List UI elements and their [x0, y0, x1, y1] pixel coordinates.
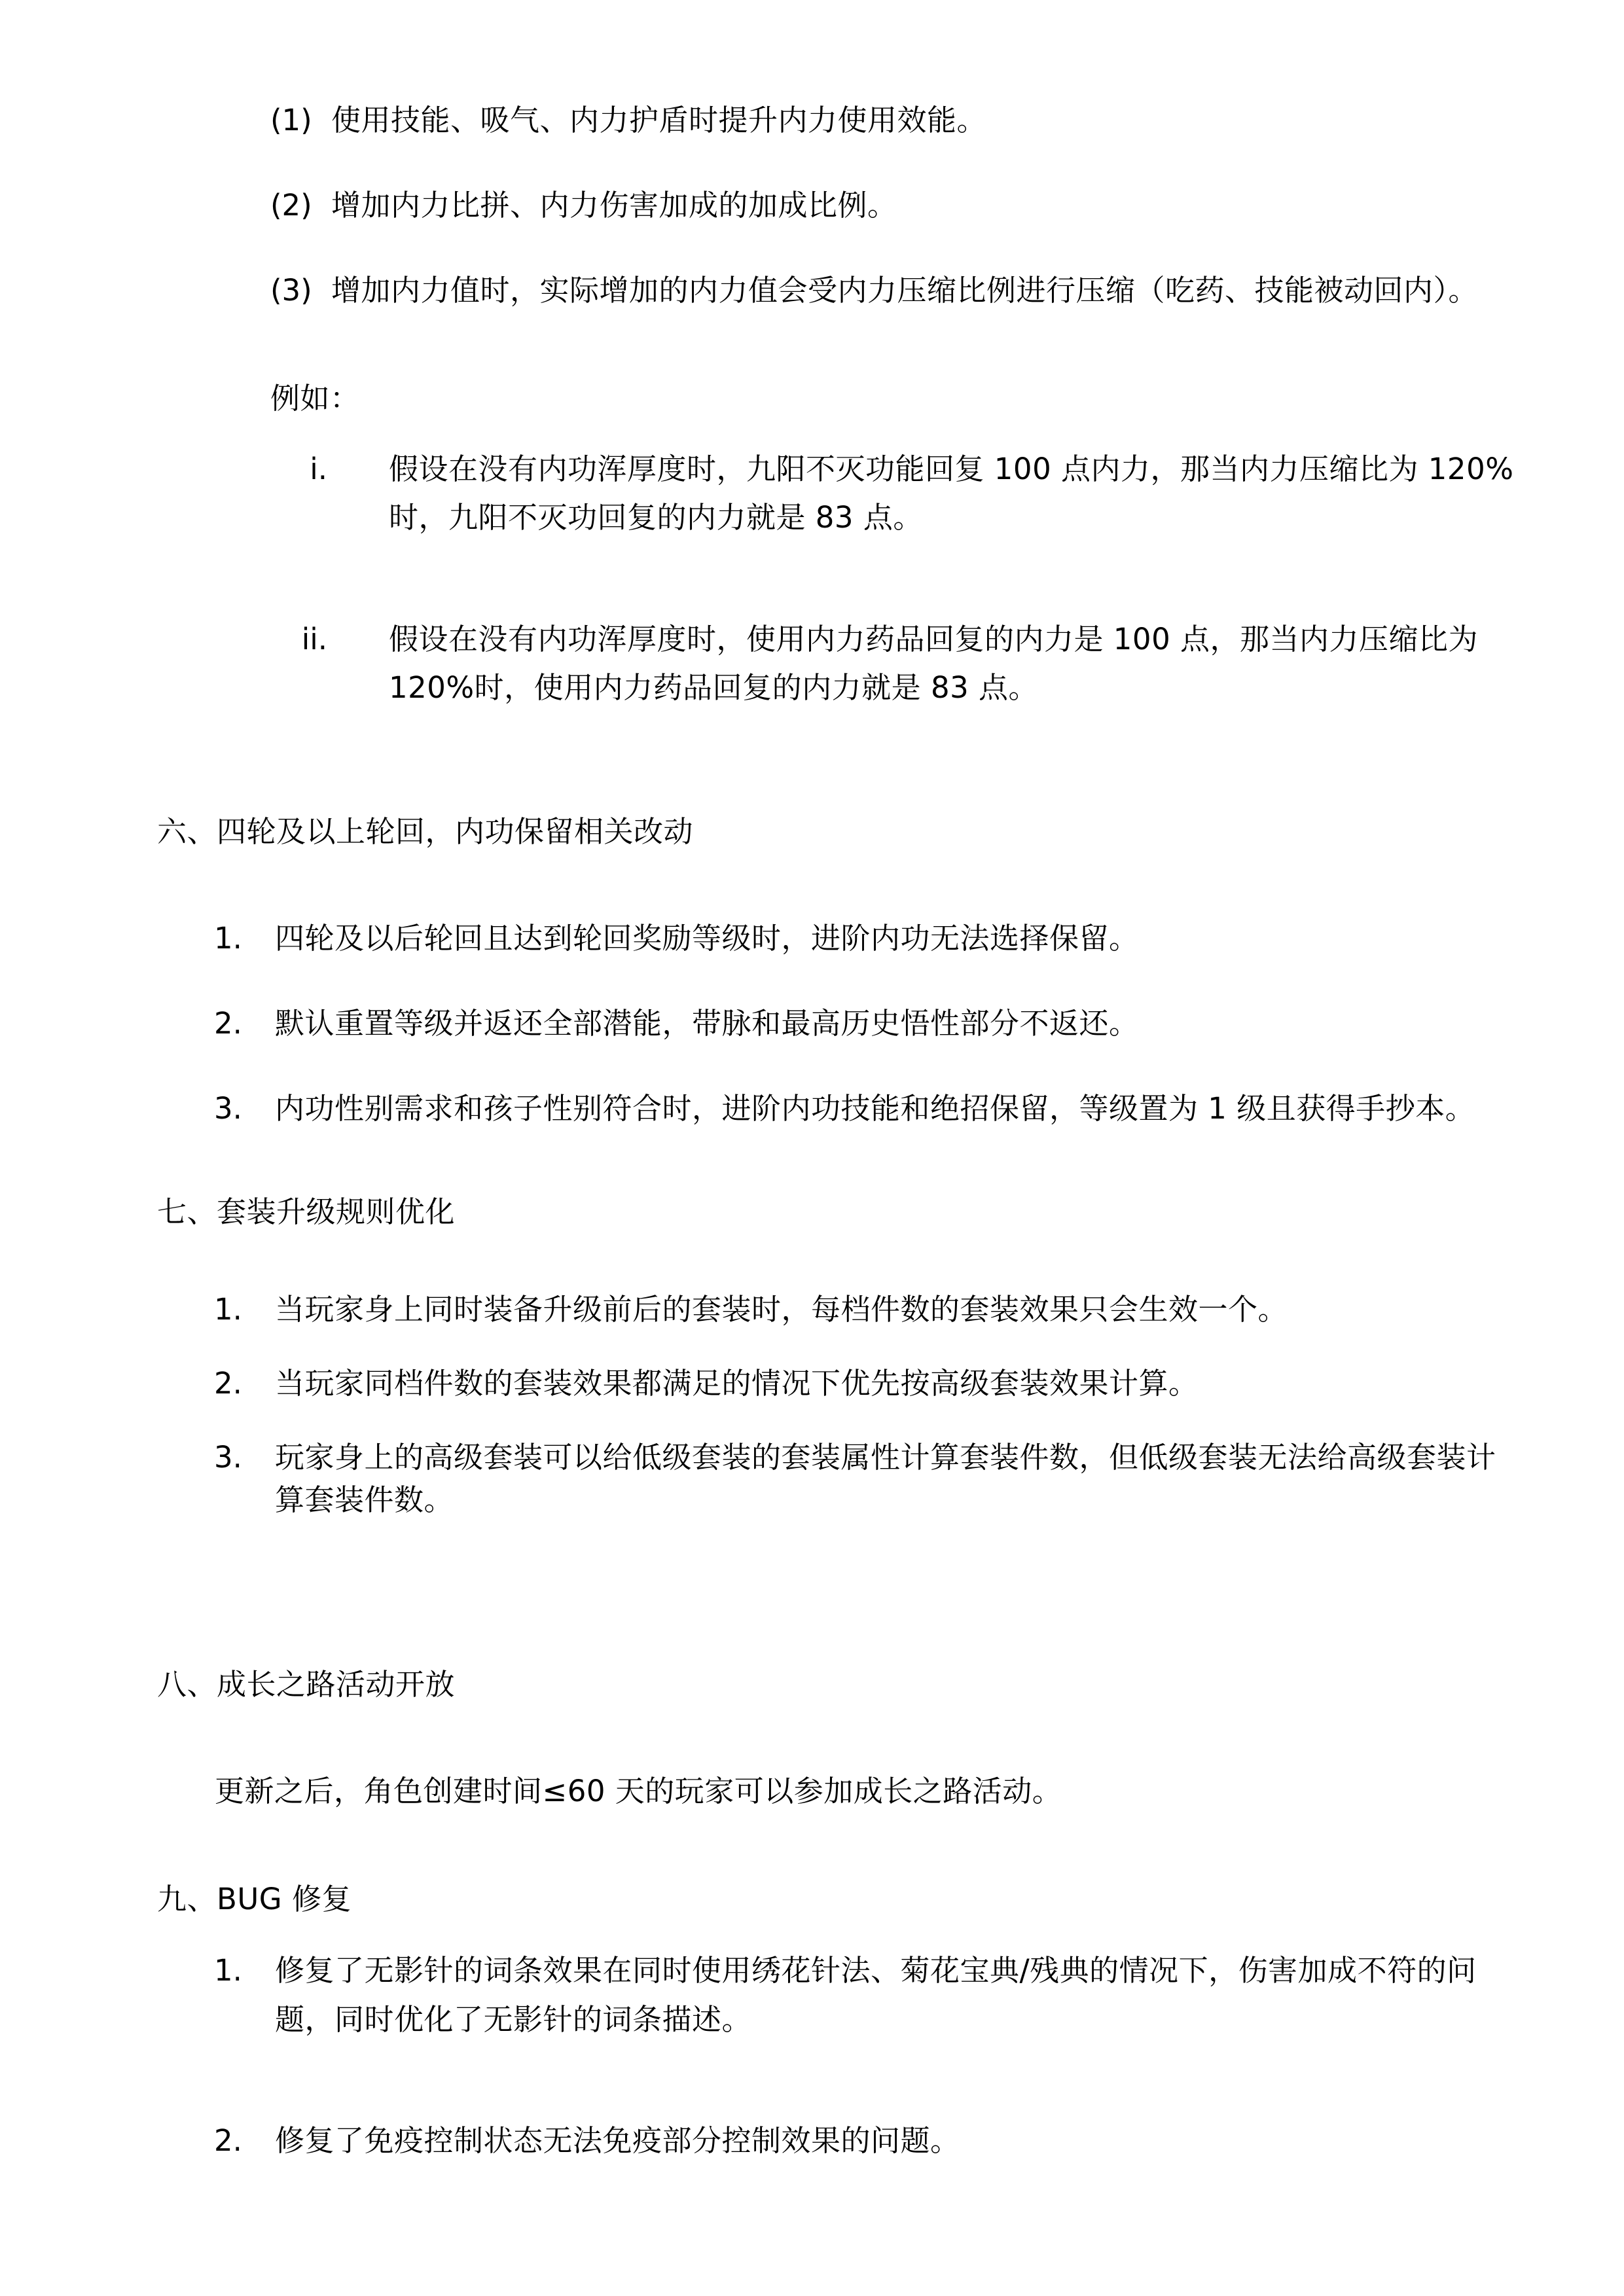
section-heading: 八、成长之路活动开放	[157, 1668, 455, 1702]
document-page: (1) 使用技能、吸气、内力护盾时提升内力使用效能。 (2) 增加内力比拼、内力…	[0, 0, 1624, 2296]
list-marker: 1.	[214, 922, 242, 956]
example-text-line: 120%时，使用内力药品回复的内力就是 83 点。	[389, 671, 1038, 705]
list-marker: 1.	[214, 1293, 242, 1327]
list-marker: (1)	[270, 103, 312, 137]
list-item-text: 增加内力比拼、内力伤害加成的加成比例。	[331, 188, 897, 223]
list-item-text: 修复了无影针的词条效果在同时使用绣花针法、菊花宝典/残典的情况下，伤害加成不符的…	[275, 1954, 1477, 1988]
list-marker: 3.	[214, 1092, 242, 1126]
list-item-text: 增加内力值时，实际增加的内力值会受内力压缩比例进行压缩（吃药、技能被动回内）。	[331, 274, 1478, 308]
list-item-text: 内功性别需求和孩子性别符合时，进阶内功技能和绝招保留，等级置为 1 级且获得手抄…	[275, 1092, 1475, 1126]
list-item-text: 玩家身上的高级套装可以给低级套装的套装属性计算套装件数，但低级套装无法给高级套装…	[275, 1441, 1496, 1475]
list-marker: (3)	[270, 274, 312, 308]
list-item-text: 当玩家同档件数的套装效果都满足的情况下优先按高级套装效果计算。	[275, 1367, 1199, 1401]
list-marker: 2.	[214, 2124, 242, 2158]
section-heading: 七、套装升级规则优化	[157, 1195, 455, 1229]
list-item-text: 四轮及以后轮回且达到轮回奖励等级时，进阶内功无法选择保留。	[275, 922, 1139, 956]
list-item-text: 默认重置等级并返还全部潜能，带脉和最高历史悟性部分不返还。	[275, 1007, 1139, 1041]
list-marker: 2.	[214, 1367, 242, 1401]
example-text-line: 假设在没有内功浑厚度时，九阳不灭功能回复 100 点内力，那当内力压缩比为 12…	[389, 452, 1513, 486]
example-label: 例如：	[270, 382, 360, 416]
list-marker: (2)	[270, 188, 312, 223]
roman-marker: i.	[288, 452, 327, 486]
section-paragraph: 更新之后，角色创建时间≤60 天的玩家可以参加成长之路活动。	[215, 1774, 1062, 1808]
list-item-text: 当玩家身上同时装备升级前后的套装时，每档件数的套装效果只会生效一个。	[275, 1293, 1288, 1327]
list-marker: 2.	[214, 1007, 242, 1041]
section-heading: 九、BUG 修复	[157, 1882, 352, 1916]
list-item-text: 算套装件数。	[275, 1483, 454, 1517]
section-heading: 六、四轮及以上轮回，内功保留相关改动	[157, 815, 693, 849]
list-marker: 3.	[214, 1441, 242, 1475]
list-item-text: 使用技能、吸气、内力护盾时提升内力使用效能。	[331, 103, 986, 137]
list-item-text: 题，同时优化了无影针的词条描述。	[275, 2003, 751, 2037]
list-marker: 1.	[214, 1954, 242, 1988]
example-text-line: 时，九阳不灭功回复的内力就是 83 点。	[389, 501, 923, 535]
example-text-line: 假设在没有内功浑厚度时，使用内力药品回复的内力是 100 点，那当内力压缩比为	[389, 622, 1478, 656]
roman-marker: ii.	[288, 622, 327, 656]
list-item-text: 修复了免疫控制状态无法免疫部分控制效果的问题。	[275, 2124, 960, 2158]
